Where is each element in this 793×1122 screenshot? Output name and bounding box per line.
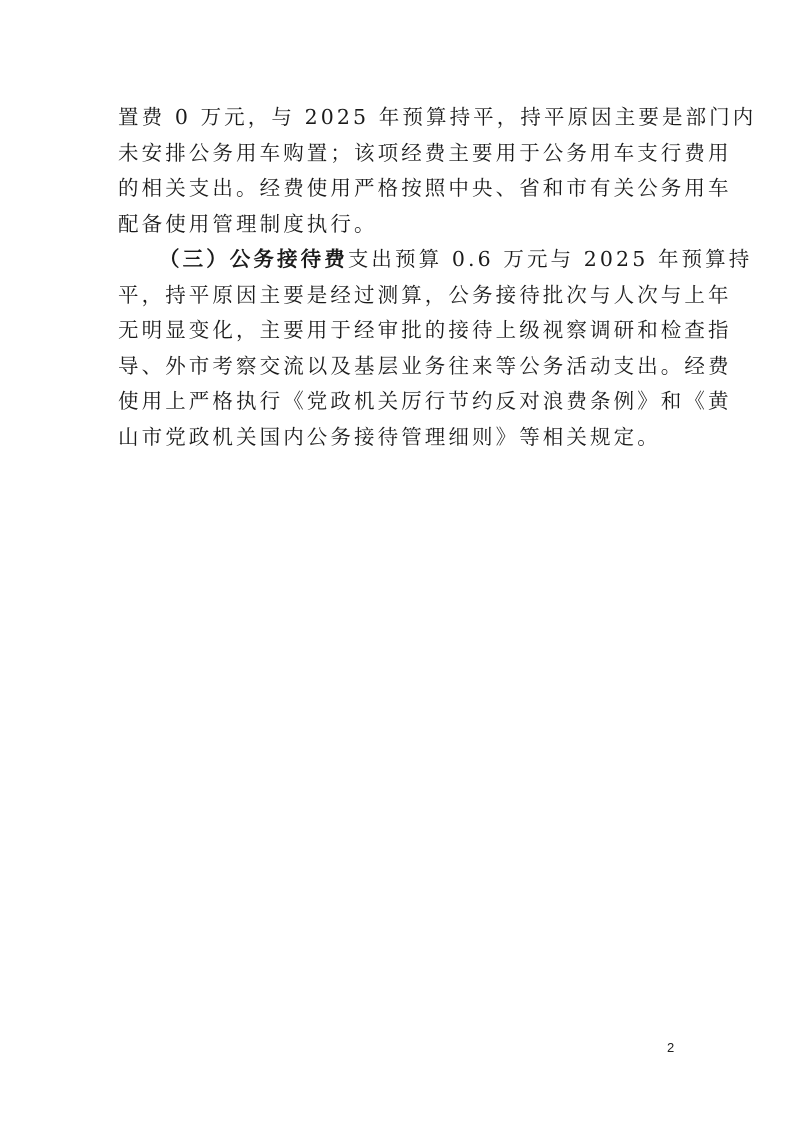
text-line: 置费 0 万元，与 2025 年预算持平，持平原因主要是部门内 [118, 100, 680, 136]
page-number: 2 [667, 1040, 674, 1055]
paragraph-vehicle-purchase: 置费 0 万元，与 2025 年预算持平，持平原因主要是部门内 未安排公务用车购… [118, 100, 680, 242]
section-heading: （三）公务接待费 [159, 247, 348, 271]
text-line: 的相关支出。经费使用严格按照中央、省和市有关公务用车 [118, 171, 680, 207]
text-line: 山市党政机关国内公务接待管理细则》等相关规定。 [118, 420, 680, 456]
text-line: 导、外市考察交流以及基层业务往来等公务活动支出。经费 [118, 349, 680, 385]
text-line: 未安排公务用车购置；该项经费主要用于公务用车支行费用 [118, 136, 680, 172]
paragraph-official-reception: （三）公务接待费支出预算 0.6 万元与 2025 年预算持 平，持平原因主要是… [118, 242, 680, 455]
text-line: 平，持平原因主要是经过测算，公务接待批次与人次与上年 [118, 278, 680, 314]
text-span: 支出预算 0.6 万元与 2025 年预算持 [348, 247, 753, 271]
text-line: 配备使用管理制度执行。 [118, 207, 680, 243]
text-line: （三）公务接待费支出预算 0.6 万元与 2025 年预算持 [118, 242, 680, 278]
text-line: 无明显变化，主要用于经审批的接待上级视察调研和检查指 [118, 313, 680, 349]
document-body: 置费 0 万元，与 2025 年预算持平，持平原因主要是部门内 未安排公务用车购… [118, 100, 680, 455]
text-line: 使用上严格执行《党政机关厉行节约反对浪费条例》和《黄 [118, 384, 680, 420]
